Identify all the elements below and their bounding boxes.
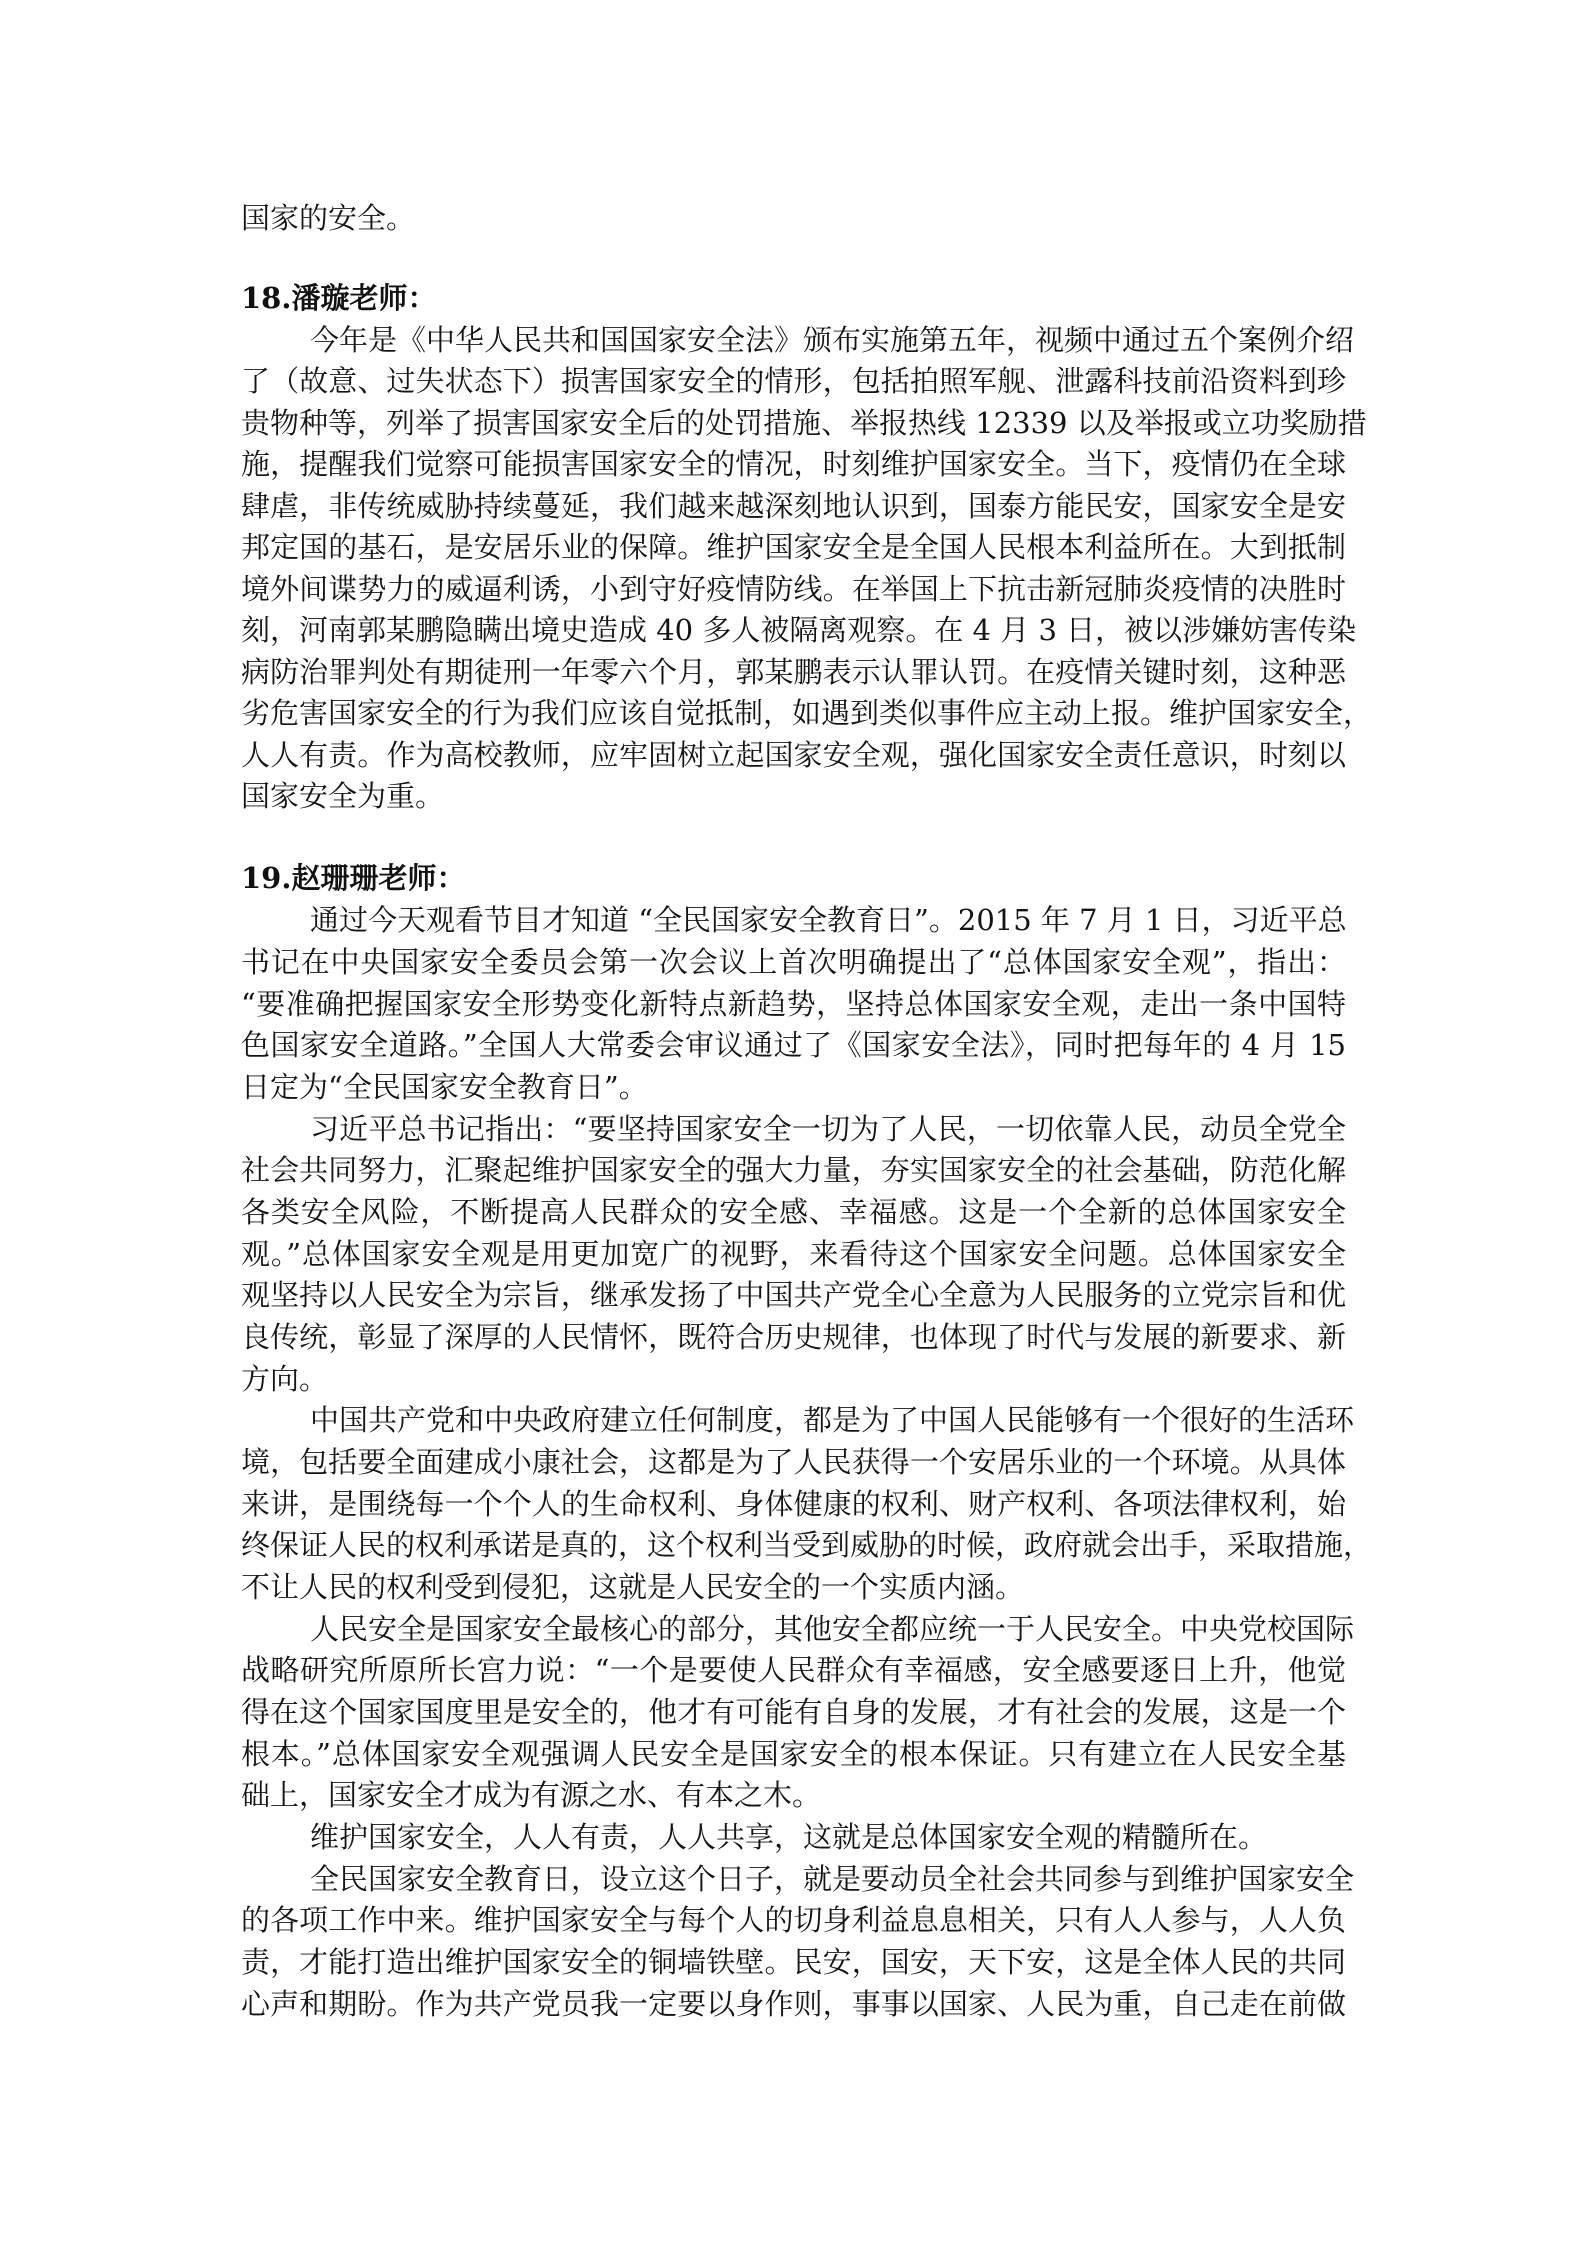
paragraph-line: 了（故意、过失状态下）损害国家安全的情形，包括拍照军舰、泄露科技前沿资料到珍	[241, 360, 1346, 402]
paragraph-line: 人民安全是国家安全最核心的部分，其他安全都应统一于人民安全。中央党校国际	[241, 1608, 1346, 1650]
paragraph-line: 观。”总体国家安全观是用更加宽广的视野，来看待这个国家安全问题。总体国家安全	[241, 1233, 1346, 1275]
paragraph-line: 邦定国的基石，是安居乐业的保障。维护国家安全是全国人民根本利益所在。大到抵制	[241, 526, 1346, 568]
paragraph-line: 中国共产党和中央政府建立任何制度，都是为了中国人民能够有一个很好的生活环	[241, 1399, 1346, 1441]
paragraph-line: 良传统，彰显了深厚的人民情怀，既符合历史规律，也体现了时代与发展的新要求、新	[241, 1316, 1346, 1358]
paragraph-line: 终保证人民的权利承诺是真的，这个权利当受到威胁的时候，政府就会出手，采取措施，	[241, 1524, 1346, 1566]
paragraph-line: 责，才能打造出维护国家安全的铜墙铁壁。民安，国安，天下安，这是全体人民的共同	[241, 1941, 1346, 1983]
paragraph-line: 人人有责。作为高校教师，应牢固树立起国家安全观，强化国家安全责任意识，时刻以	[241, 734, 1346, 776]
paragraph-line: 根本。”总体国家安全观强调人民安全是国家安全的根本保证。只有建立在人民安全基	[241, 1733, 1346, 1775]
paragraph-line: 境，包括要全面建成小康社会，这都是为了人民获得一个安居乐业的一个环境。从具体	[241, 1441, 1346, 1483]
paragraph-line: 社会共同努力，汇聚起维护国家安全的强大力量，夯实国家安全的社会基础，防范化解	[241, 1149, 1346, 1191]
paragraph-line: 战略研究所原所长宫力说：“一个是要使人民群众有幸福感，安全感要逐日上升，他觉	[241, 1649, 1346, 1691]
paragraph-line: 不让人民的权利受到侵犯，这就是人民安全的一个实质内涵。	[241, 1566, 1346, 1608]
paragraph-line: 病防治罪判处有期徒刑一年零六个月，郭某鹏表示认罪认罚。在疫情关键时刻，这种恶	[241, 651, 1346, 693]
paragraph-line: 境外间谍势力的威逼利诱，小到守好疫情防线。在举国上下抗击新冠肺炎疫情的决胜时	[241, 568, 1346, 610]
paragraph-line: 国家的安全。	[241, 197, 1346, 239]
paragraph-line: 得在这个国家国度里是安全的，他才有可能有自身的发展，才有社会的发展，这是一个	[241, 1691, 1346, 1733]
paragraph-line: 刻，河南郭某鹏隐瞒出境史造成 40 多人被隔离观察。在 4 月 3 日，被以涉嫌…	[241, 609, 1346, 651]
paragraph-line: 础上，国家安全才成为有源之水、有本之木。	[241, 1774, 1346, 1816]
section-heading: 18.潘璇老师：	[241, 277, 436, 319]
paragraph-line: “要准确把握国家安全形势变化新特点新趋势，坚持总体国家安全观，走出一条中国特	[241, 983, 1346, 1025]
paragraph-line: 施，提醒我们觉察可能损害国家安全的情况，时刻维护国家安全。当下，疫情仍在全球	[241, 443, 1346, 485]
paragraph-line: 来讲，是围绕每一个个人的生命权利、身体健康的权利、财产权利、各项法律权利，始	[241, 1483, 1346, 1525]
paragraph-line: 方向。	[241, 1358, 1346, 1400]
paragraph-line: 劣危害国家安全的行为我们应该自觉抵制，如遇到类似事件应主动上报。维护国家安全，	[241, 692, 1346, 734]
paragraph-line: 肆虐，非传统威胁持续蔓延，我们越来越深刻地认识到，国泰方能民安，国家安全是安	[241, 485, 1346, 527]
paragraph-line: 贵物种等，列举了损害国家安全后的处罚措施、举报热线 12339 以及举报或立功奖…	[241, 402, 1346, 444]
document-page: 国家的安全。 18.潘璇老师： 今年是《中华人民共和国国家安全法》颁布实施第五年…	[0, 0, 1587, 2245]
paragraph-line: 观坚持以人民安全为宗旨，继承发扬了中国共产党全心全意为人民服务的立党宗旨和优	[241, 1274, 1346, 1316]
paragraph-line: 维护国家安全，人人有责，人人共享，这就是总体国家安全观的精髓所在。	[241, 1816, 1346, 1858]
paragraph-line: 习近平总书记指出：“要坚持国家安全一切为了人民，一切依靠人民，动员全党全	[241, 1108, 1346, 1150]
paragraph-line: 国家安全为重。	[241, 775, 1346, 817]
paragraph-line: 今年是《中华人民共和国国家安全法》颁布实施第五年，视频中通过五个案例介绍	[241, 319, 1346, 361]
section-heading: 19.赵珊珊老师：	[241, 857, 465, 899]
paragraph-line: 心声和期盼。作为共产党员我一定要以身作则，事事以国家、人民为重，自己走在前做	[241, 1983, 1346, 2025]
paragraph-line: 各类安全风险，不断提高人民群众的安全感、幸福感。这是一个全新的总体国家安全	[241, 1191, 1346, 1233]
paragraph-line: 色国家安全道路。”全国人大常委会审议通过了《国家安全法》，同时把每年的 4 月 …	[241, 1024, 1346, 1066]
paragraph-line: 的各项工作中来。维护国家安全与每个人的切身利益息息相关，只有人人参与，人人负	[241, 1899, 1346, 1941]
paragraph-line: 书记在中央国家安全委员会第一次会议上首次明确提出了“总体国家安全观”，指出：	[241, 941, 1346, 983]
paragraph-line: 全民国家安全教育日，设立这个日子，就是要动员全社会共同参与到维护国家安全	[241, 1858, 1346, 1900]
paragraph-line: 通过今天观看节目才知道 “全民国家安全教育日”。2015 年 7 月 1 日，习…	[241, 899, 1346, 941]
paragraph-line: 日定为“全民国家安全教育日”。	[241, 1066, 1346, 1108]
